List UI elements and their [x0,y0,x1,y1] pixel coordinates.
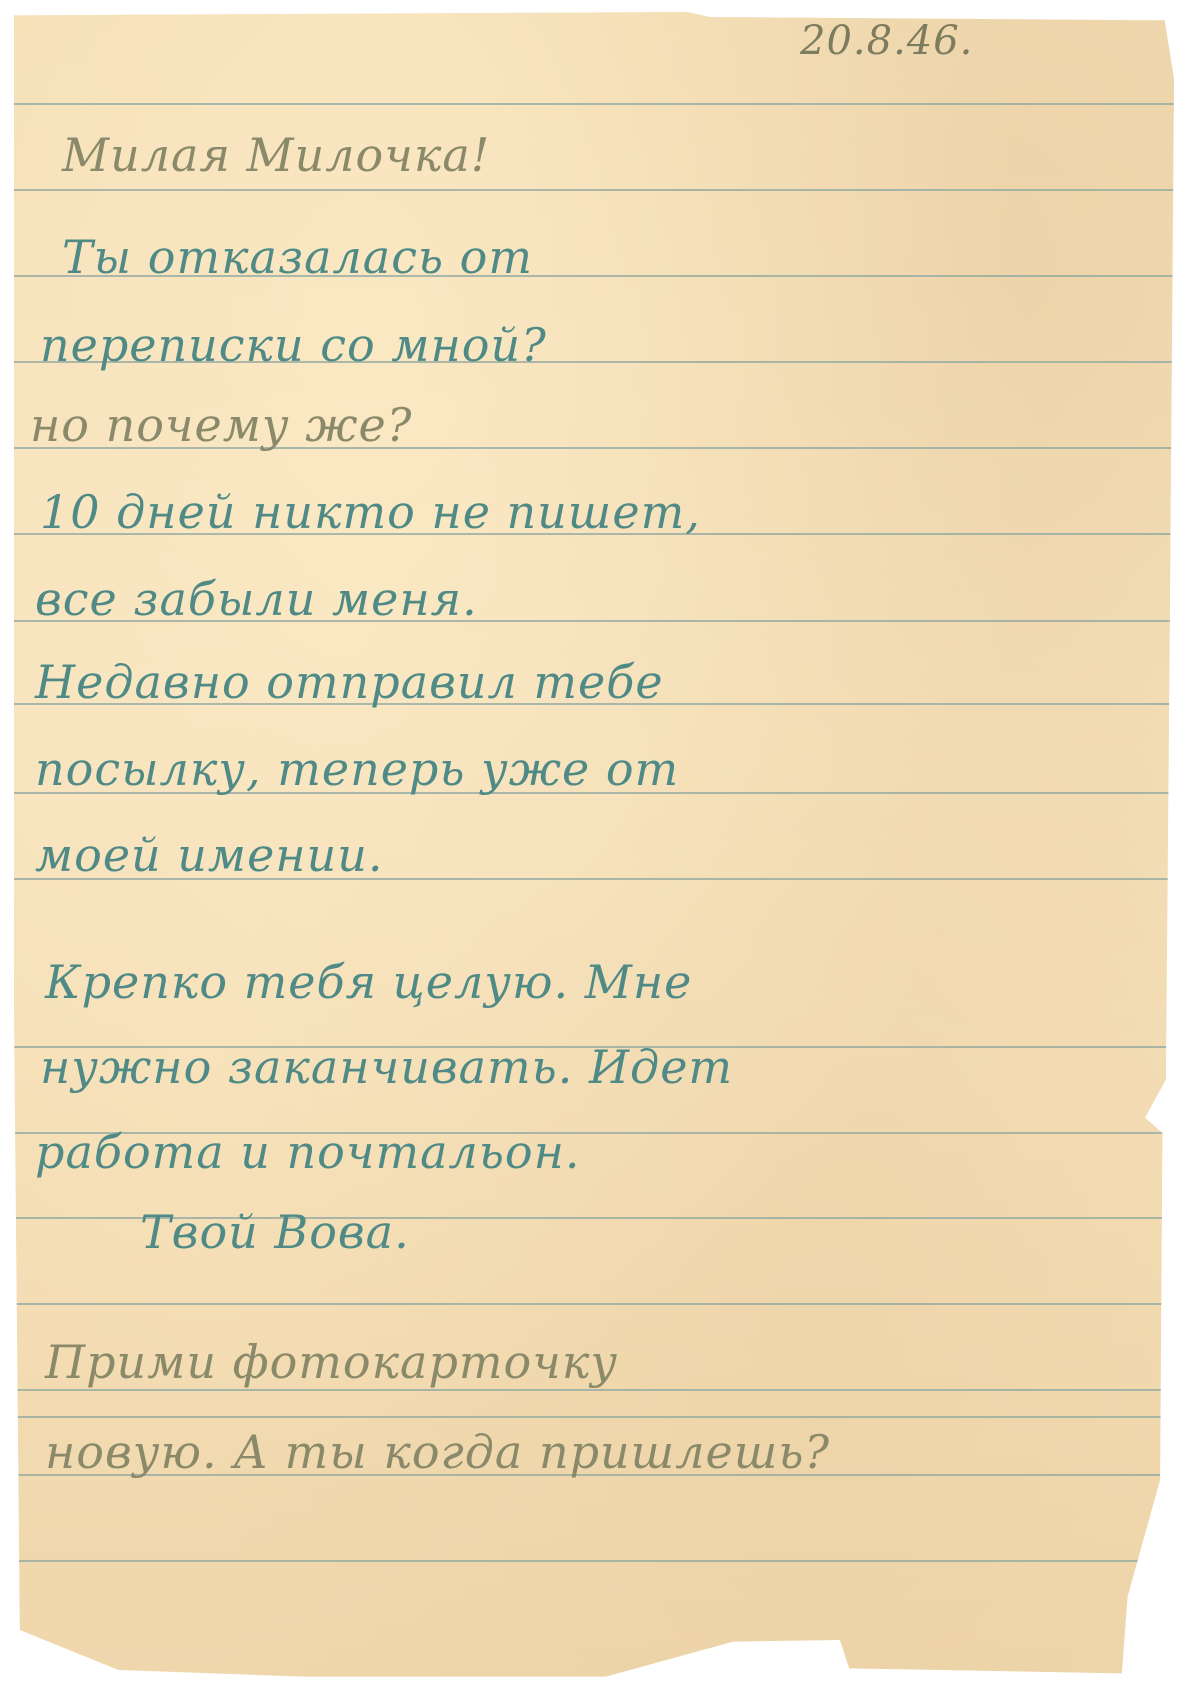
ruled-line [14,189,1174,191]
ruled-line [14,1389,1174,1391]
letter-line: работа и почтальон. [35,1125,580,1179]
letter-line: Ты отказалась от [62,230,533,284]
letter-line: переписки со мной? [40,318,547,372]
letter-line: все забыли меня. [35,572,478,626]
letter-line: Недавно отправил тебе [35,655,664,709]
salutation: Милая Милочка! [62,128,490,182]
letter-line: моей имении. [35,828,383,882]
letter-line: посылку, теперь уже от [35,742,679,796]
postscript-line: новую. А ты когда пришлешь? [45,1425,830,1479]
ruled-line [14,1560,1174,1562]
ruled-line [14,103,1174,105]
letter-line: Крепко тебя целую. Мне [45,955,692,1009]
ruled-line [14,1303,1174,1305]
letter-line: но почему же? [30,398,412,452]
ruled-line [14,1416,1174,1418]
letter-date: 20.8.46. [800,18,973,64]
letter-line: нужно заканчивать. Идет [40,1040,733,1094]
signature: Твой Вова. [140,1205,410,1259]
postscript-line: Прими фотокарточку [45,1335,618,1389]
letter-line: 10 дней никто не пишет, [40,485,701,539]
